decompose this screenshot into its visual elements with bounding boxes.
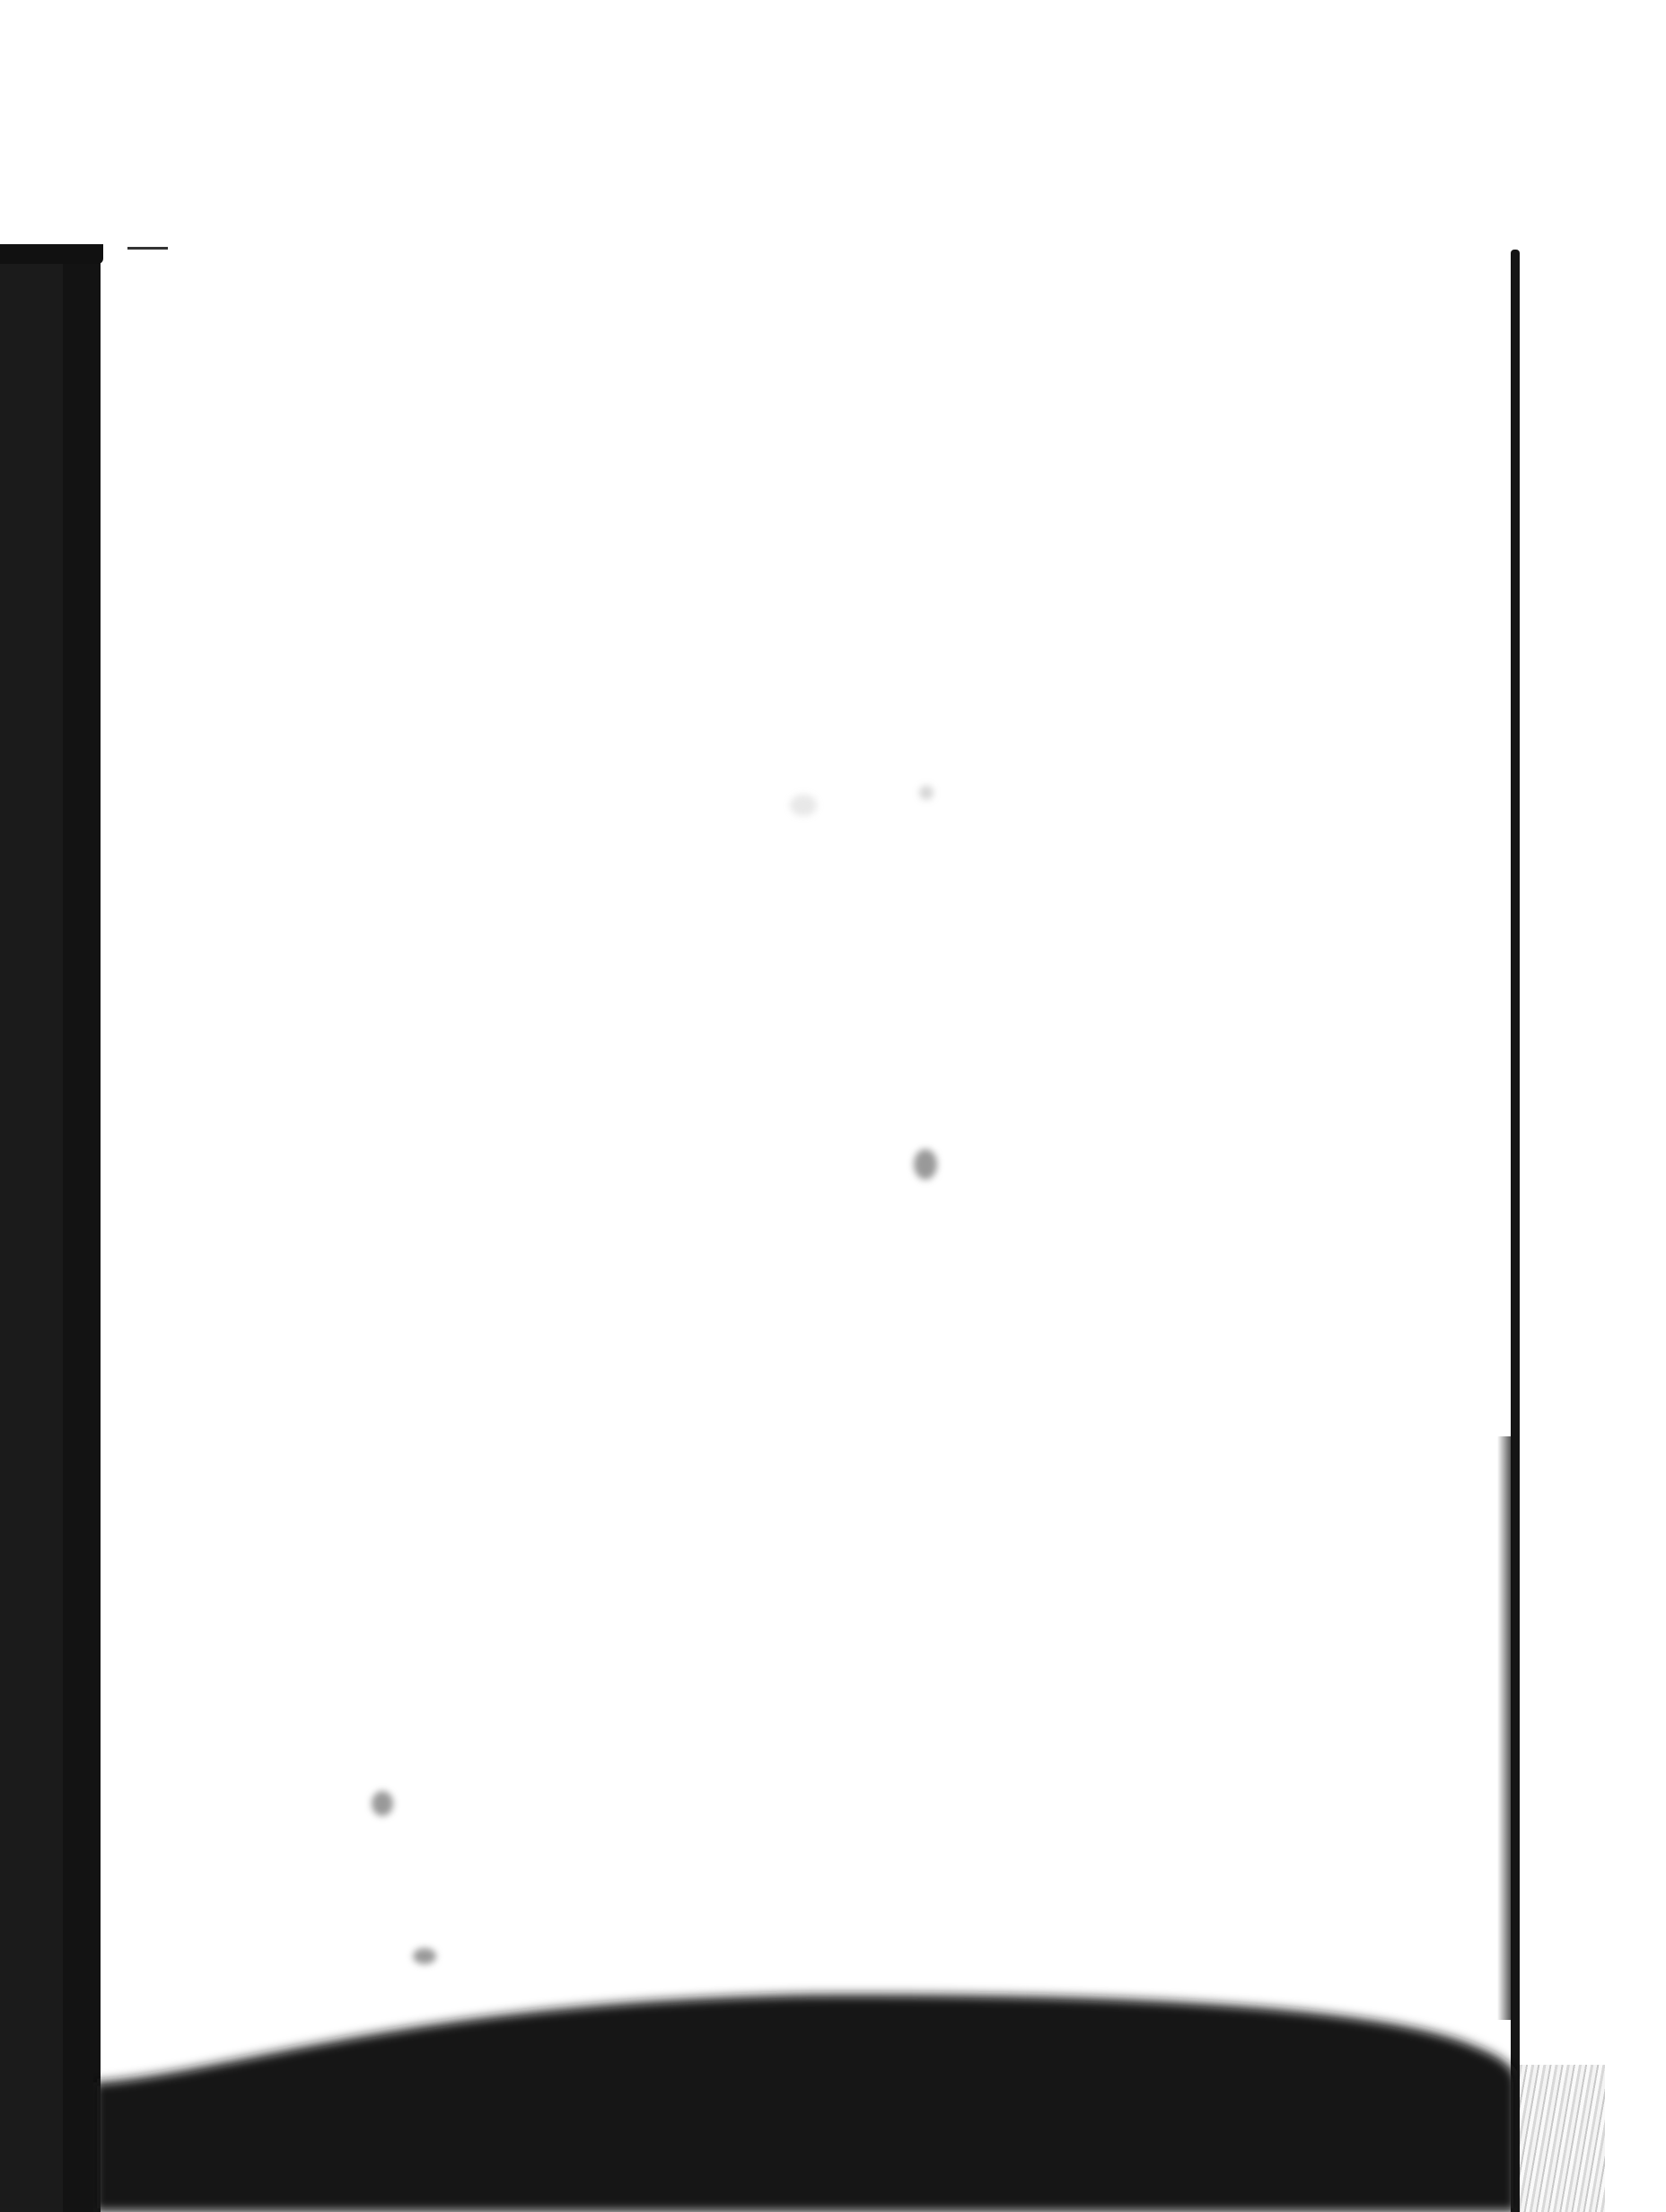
film-bottom-shadow [93,1975,1517,2212]
dust-speck [919,786,934,800]
film-edge-texture [1520,2065,1605,2212]
page-edge-shadow [1497,1436,1513,2020]
dust-speck [790,794,817,816]
dust-speck [914,1149,937,1180]
film-top-corner [0,244,103,264]
scanned-page [0,0,1666,2212]
dust-speck [413,1948,436,1964]
film-left-edge [63,244,101,2212]
registration-mark [127,247,168,250]
dust-speck [372,1791,393,1816]
